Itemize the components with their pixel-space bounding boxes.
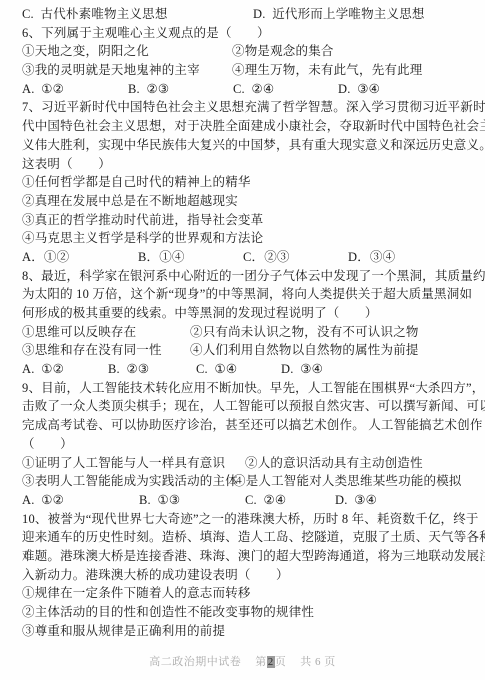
q10-stem-line1: 10、被誉为“现代世界七大奇迹”之一的港珠澳大桥，历时 8 年、耗资数千亿，终于: [22, 510, 477, 529]
q7-item-3: ③真正的哲学推动时代前进，指导社会变革: [22, 211, 477, 230]
text-segment: ①天地之变，阴阳之化: [22, 42, 232, 61]
text-segment: ③思维和存在没有同一性: [22, 341, 190, 360]
text-segment: ②人的意识活动具有主动创造性: [245, 454, 423, 473]
text-segment: ①思维可以反映存在: [22, 323, 190, 342]
text-segment: C．②③: [243, 248, 348, 267]
q8-stem-line1: 8、最近，科学家在银河系中心附近的一团分子气体云中发现了一个黑洞，其质量约: [22, 267, 477, 286]
text-segment: C. ②④: [245, 491, 335, 510]
text-segment: ②只有尚未认识之物，没有不可认识之物: [190, 323, 419, 342]
text-segment: 这表明（ ）: [22, 155, 111, 174]
text-segment: 代中国特色社会主义思想，对于决胜全面建成小康社会，夺取新时代中国特色社会主: [22, 117, 485, 136]
text-segment: C. ①④: [196, 360, 281, 379]
text-segment: 10、被誉为“现代世界七大奇迹”之一的港珠澳大桥，历时 8 年、耗资数千亿，终于: [22, 510, 479, 529]
text-segment: B．①④: [138, 248, 243, 267]
text-segment: 8、最近，科学家在银河系中心附近的一团分子气体云中发现了一个黑洞，其质量约: [22, 267, 485, 286]
text-segment: 为太阳的 10 万倍，这个新“现身”的中等黑洞，将向人类提供关于超大质量黑洞如: [22, 285, 472, 304]
text-segment: B. ①③: [139, 491, 245, 510]
text-segment: ②物是观念的集合: [232, 42, 334, 61]
text-segment: D. 近代形而上学唯物主义思想: [253, 5, 425, 24]
text-segment: D. ③④: [281, 360, 323, 379]
text-segment: A. ①②: [22, 491, 139, 510]
q10-item-2: ②主体活动的目的性和创造性不能改变事物的规律性: [22, 603, 477, 622]
exam-page-body: C. 古代朴素唯物主义思想D. 近代形而上学唯物主义思想6、下列属于主观唯心主义…: [22, 5, 477, 640]
q10-stem-line4: 入新动力。港珠澳大桥的成功建设表明（ ）: [22, 566, 477, 585]
q6-items-3-4: ③我的灵明就是天地鬼神的主宰④理生万物，未有此气，先有此理: [22, 61, 477, 80]
text-segment: 6、下列属于主观唯心主义观点的是（ ）: [22, 24, 270, 43]
text-segment: 迎来通车的历史性时刻。造桥、填海、造人工岛、挖隧道，克服了土质、天气等各种: [22, 528, 485, 547]
q9-stem-line1: 9、目前，人工智能技术转化应用不断加快。早先，人工智能在围棋界“大杀四方”，: [22, 379, 477, 398]
q5-options-c-d: C. 古代朴素唯物主义思想D. 近代形而上学唯物主义思想: [22, 5, 477, 24]
q7-answer-options: A．①②B．①④C．②③D．③④: [22, 248, 477, 267]
q6-items-1-2: ①天地之变，阴阳之化②物是观念的集合: [22, 42, 477, 61]
q9-items-3-4: ③表明人工智能能成为实践活动的主体④是人工智能对人类思维某些功能的模拟: [22, 472, 477, 491]
text-segment: ④马克思主义哲学是科学的世界观和方法论: [22, 229, 263, 248]
footer-page-suffix: 页: [275, 656, 287, 668]
q8-items-3-4: ③思维和存在没有同一性④人们利用自然物以自然物的属性为前提: [22, 341, 477, 360]
text-segment: （ ）: [22, 435, 73, 454]
text-segment: 7、习近平新时代中国特色社会主义思想充满了哲学智慧。深入学习贯彻习近平新时: [22, 98, 485, 117]
q8-items-1-2: ①思维可以反映存在②只有尚未认识之物，没有不可认识之物: [22, 323, 477, 342]
q7-item-1: ①任何哲学都是自己时代的精神上的精华: [22, 173, 477, 192]
text-segment: D. ③④: [335, 491, 377, 510]
q9-items-1-2: ①证明了人工智能与人一样具有意识②人的意识活动具有主动创造性: [22, 454, 477, 473]
text-segment: ②主体活动的目的性和创造性不能改变事物的规律性: [22, 603, 314, 622]
text-segment: ③我的灵明就是天地鬼神的主宰: [22, 61, 232, 80]
text-segment: A．①②: [22, 248, 138, 267]
q7-item-4: ④马克思主义哲学是科学的世界观和方法论: [22, 229, 477, 248]
q7-stem-line3: 义伟大胜利，实现中华民族伟大复兴的中国梦，具有重大现实意义和深远历史意义。: [22, 136, 477, 155]
q9-stem-line4: （ ）: [22, 435, 477, 454]
q9-stem-line2: 击败了一众人类顶尖棋手；现在，人工智能可以预报自然灾害、可以撰写新闻、可以: [22, 397, 477, 416]
q10-stem-line2: 迎来通车的历史性时刻。造桥、填海、造人工岛、挖隧道，克服了土质、天气等各种: [22, 528, 477, 547]
text-segment: B. ②③: [128, 80, 233, 99]
text-segment: ③表明人工智能能成为实践活动的主体: [22, 472, 233, 491]
text-segment: ③真正的哲学推动时代前进，指导社会变革: [22, 211, 263, 230]
q9-answer-options: A. ①②B. ①③C. ②④D. ③④: [22, 491, 477, 510]
text-segment: ③尊重和服从规律是正确利用的前提: [22, 622, 225, 641]
text-segment: ④人们利用自然物以自然物的属性为前提: [190, 341, 419, 360]
q10-stem-line3: 难题。港珠澳大桥是连接香港、珠海、澳门的超大型跨海通道，将为三地联动发展注: [22, 547, 477, 566]
q8-answer-options: A. ①②B. ②③C. ①④D. ③④: [22, 360, 477, 379]
text-segment: ④是人工智能对人类思维某些功能的模拟: [233, 472, 462, 491]
text-segment: 9、目前，人工智能技术转化应用不断加快。早先，人工智能在围棋界“大杀四方”，: [22, 379, 484, 398]
q10-item-3: ③尊重和服从规律是正确利用的前提: [22, 622, 477, 641]
q6-answer-options: A. ①②B. ②③C. ②④D. ③④: [22, 80, 477, 99]
page-footer: 高二政治期中试卷第2页共 6 页: [0, 653, 485, 669]
text-segment: ①证明了人工智能与人一样具有意识: [22, 454, 245, 473]
q7-stem-line1: 7、习近平新时代中国特色社会主义思想充满了哲学智慧。深入学习贯彻习近平新时: [22, 98, 477, 117]
q7-stem-line2: 代中国特色社会主义思想，对于决胜全面建成小康社会，夺取新时代中国特色社会主: [22, 117, 477, 136]
footer-total-pages: 共 6 页: [300, 656, 336, 668]
q6-stem: 6、下列属于主观唯心主义观点的是（ ）: [22, 24, 477, 43]
q8-stem-line2: 为太阳的 10 万倍，这个新“现身”的中等黑洞，将向人类提供关于超大质量黑洞如: [22, 285, 477, 304]
text-segment: A. ①②: [22, 360, 108, 379]
q7-item-2: ②真理在发展中总是在不断地超越现实: [22, 192, 477, 211]
footer-page-prefix: 第: [255, 656, 267, 668]
text-segment: 何形成的极其重要的线索。中等黑洞的发现过程说明了（ ）: [22, 304, 378, 323]
text-segment: ④理生万物，未有此气，先有此理: [232, 61, 423, 80]
text-segment: 入新动力。港珠澳大桥的成功建设表明（ ）: [22, 566, 289, 585]
text-segment: B. ②③: [108, 360, 196, 379]
q10-item-1: ①规律在一定条件下随着人的意志而转移: [22, 584, 477, 603]
text-segment: A. ①②: [22, 80, 128, 99]
text-segment: 义伟大胜利，实现中华民族伟大复兴的中国梦，具有重大现实意义和深远历史意义。: [22, 136, 485, 155]
q9-stem-line3: 完成高考试卷、可以协助医疗诊治，甚至还可以搞艺术创作。 人工智能搞艺术创作: [22, 416, 477, 435]
text-segment: 击败了一众人类顶尖棋手；现在，人工智能可以预报自然灾害、可以撰写新闻、可以: [22, 397, 485, 416]
q7-stem-line4: 这表明（ ）: [22, 155, 477, 174]
text-segment: C. 古代朴素唯物主义思想: [22, 5, 253, 24]
footer-page-number: 2: [267, 656, 275, 668]
text-segment: ①规律在一定条件下随着人的意志而转移: [22, 584, 251, 603]
text-segment: D. ③④: [338, 80, 380, 99]
text-segment: ②真理在发展中总是在不断地超越现实: [22, 192, 238, 211]
text-segment: 完成高考试卷、可以协助医疗诊治，甚至还可以搞艺术创作。 人工智能搞艺术创作: [22, 416, 483, 435]
text-segment: ①任何哲学都是自己时代的精神上的精华: [22, 173, 251, 192]
text-segment: C. ②④: [233, 80, 338, 99]
q8-stem-line3: 何形成的极其重要的线索。中等黑洞的发现过程说明了（ ）: [22, 304, 477, 323]
exam-paper-page: C. 古代朴素唯物主义思想D. 近代形而上学唯物主义思想6、下列属于主观唯心主义…: [0, 0, 485, 680]
text-segment: D．③④: [348, 248, 395, 267]
text-segment: 难题。港珠澳大桥是连接香港、珠海、澳门的超大型跨海通道，将为三地联动发展注: [22, 547, 485, 566]
footer-exam-title: 高二政治期中试卷: [149, 656, 241, 668]
footer-page-label: 第2页: [255, 656, 286, 668]
